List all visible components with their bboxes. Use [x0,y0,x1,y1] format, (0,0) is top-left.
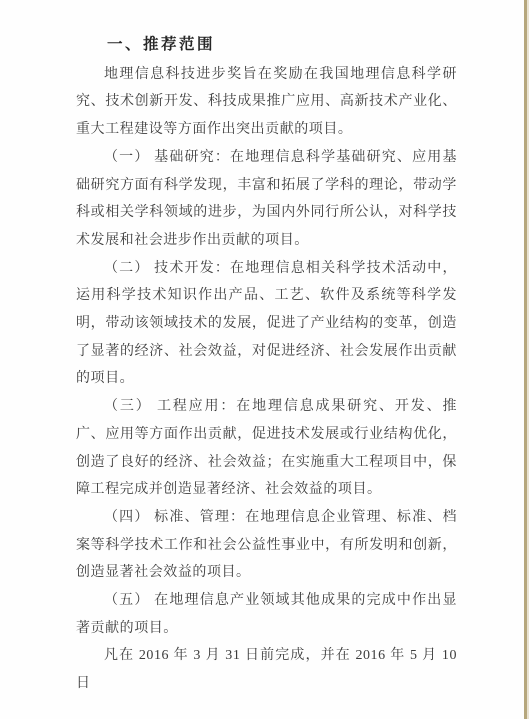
paragraph-item-5: （五） 在地理信息产业领域其他成果的完成中作出显著贡献的项目。 [76,587,457,642]
paragraph-item-3: （三） 工程应用：在地理信息成果研究、开发、推广、应用等方面作出贡献，促进技术发… [76,393,457,504]
paragraph-item-1: （一） 基础研究：在地理信息科学基础研究、应用基础研究方面有科学发现，丰富和拓展… [76,144,457,255]
paragraph-intro: 地理信息科技进步奖旨在奖励在我国地理信息科学研究、技术创新开发、科技成果推广应用… [76,61,457,144]
document-text-block: 一、推荐范围 地理信息科技进步奖旨在奖励在我国地理信息科学研究、技术创新开发、科… [76,31,457,698]
paragraph-deadline: 凡在 2016 年 3 月 31 日前完成，并在 2016 年 5 月 10 日 [76,642,457,697]
paragraph-item-2: （二） 技术开发：在地理信息相关科学技术活动中，运用科学技术知识作出产品、工艺、… [76,255,457,394]
section-heading: 一、推荐范围 [76,31,457,59]
scanned-document-page: 一、推荐范围 地理信息科技进步奖旨在奖励在我国地理信息科学研究、技术创新开发、科… [0,0,529,719]
paragraph-item-4: （四） 标准、管理：在地理信息企业管理、标准、档案等科学技术工作和社会公益性事业… [76,504,457,587]
